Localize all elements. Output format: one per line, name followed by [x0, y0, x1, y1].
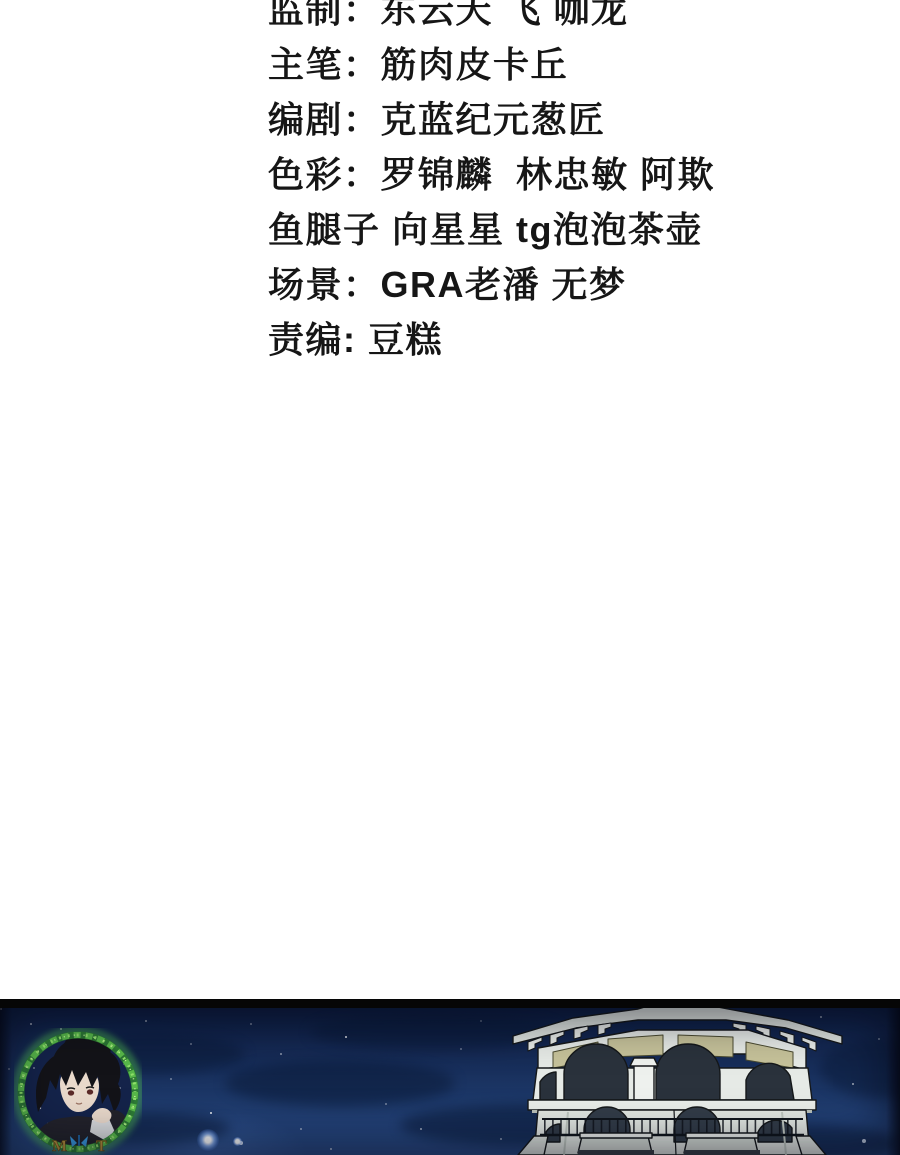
tower-base-right [796, 1136, 826, 1155]
character-eye-left [68, 1090, 74, 1095]
credit-line-supervisor: 监制：东云天 飞 咖龙 [268, 0, 715, 37]
credit-line-colors-2: 鱼腿子 向星星 tg泡泡茶壶 [268, 202, 715, 257]
credits-block: 监制：东云天 飞 咖龙 主笔：筋肉皮卡丘 编剧：克蓝纪元葱匠 色彩：罗锦麟 林忠… [268, 0, 715, 367]
artist-avatar: M T [14, 1028, 142, 1155]
credit-line-backgrounds: 场景：GRA老潘 无梦 [268, 257, 715, 312]
panel-left-vignette [0, 1008, 12, 1155]
credit-line-colors: 色彩：罗锦麟 林忠敏 阿欺 [268, 147, 715, 202]
bright-star-small [233, 1137, 242, 1146]
character-eye-right [87, 1089, 93, 1094]
bright-star [197, 1129, 219, 1151]
tower-base-left [518, 1136, 548, 1155]
comic-credits-page: 监制：东云天 飞 咖龙 主笔：筋肉皮卡丘 编剧：克蓝纪元葱匠 色彩：罗锦麟 林忠… [0, 0, 900, 1155]
credit-line-lead-artist: 主笔：筋肉皮卡丘 [268, 37, 715, 92]
night-sky: M T [0, 1008, 900, 1155]
cloud-shape [225, 1060, 455, 1106]
tower-illustration [498, 1008, 848, 1155]
watermark-letter-m: M [52, 1138, 67, 1155]
credit-line-script: 编剧：克蓝纪元葱匠 [268, 92, 715, 147]
tower-column [634, 1064, 654, 1100]
credit-line-editor: 责编: 豆糕 [268, 312, 715, 367]
night-scene-panel: M T [0, 999, 900, 1155]
panel-right-vignette [886, 1008, 900, 1155]
watermark-letter-t: T [96, 1138, 107, 1155]
tower-cornice [528, 1100, 816, 1110]
